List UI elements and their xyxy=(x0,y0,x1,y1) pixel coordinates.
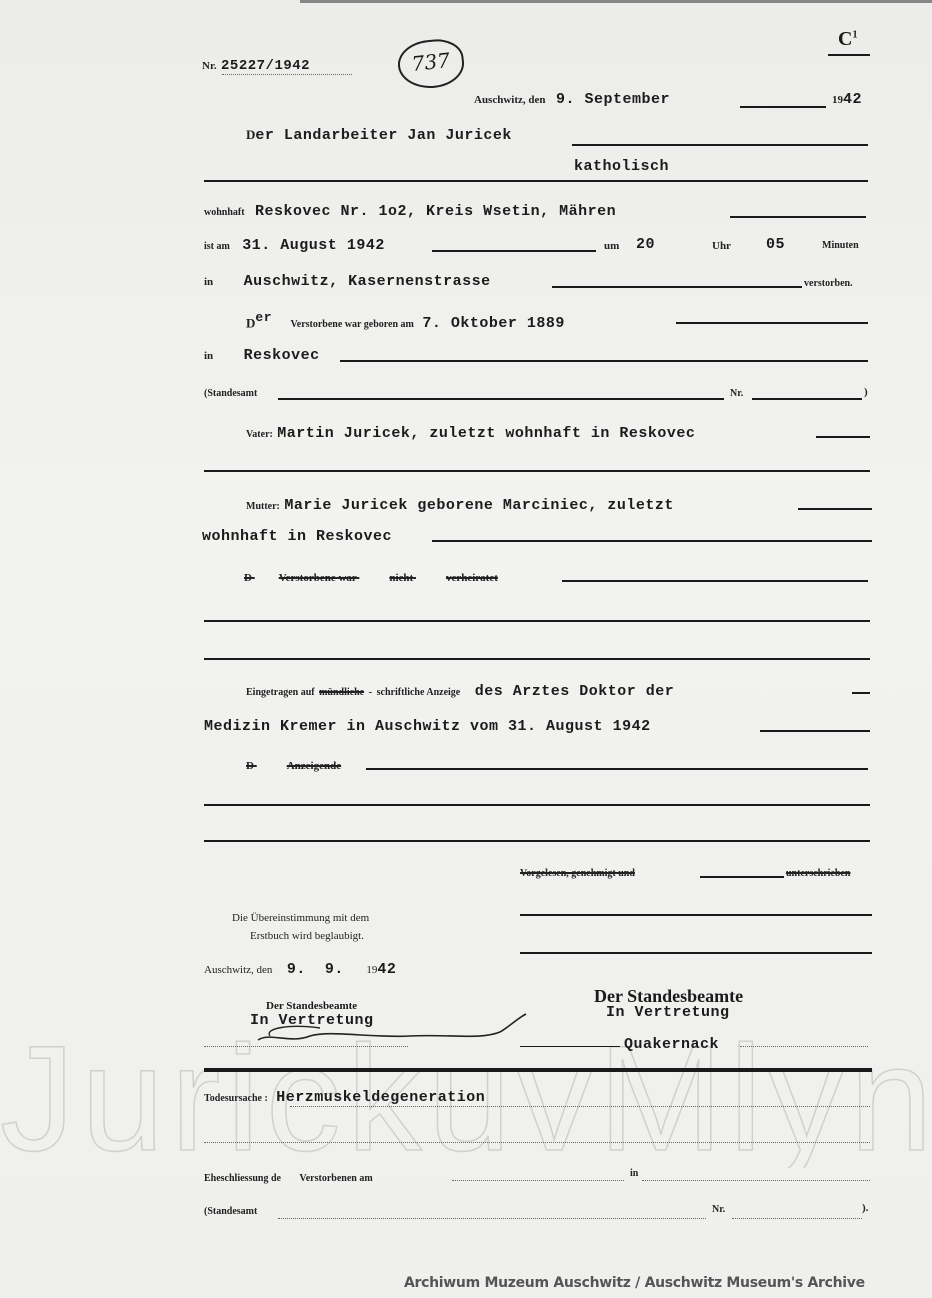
register-underline xyxy=(222,74,352,75)
marriage-nr-line xyxy=(732,1218,862,1219)
birth-registry-close: ) xyxy=(864,386,868,398)
right-signature-line xyxy=(520,1046,620,1047)
death-hour: 20 xyxy=(636,236,655,253)
marital-line xyxy=(562,580,868,582)
marriage-place-line xyxy=(642,1180,870,1181)
handwritten-number-circle: 737 xyxy=(396,37,467,92)
birth-registry-nr-label: Nr. xyxy=(730,388,743,399)
birth-info: Der Verstorbene war geboren am 7. Oktobe… xyxy=(246,310,565,332)
registrar-name: Quakernack xyxy=(624,1036,719,1053)
residence: wohnhaft Reskovec Nr. 1o2, Kreis Wsetin,… xyxy=(204,202,616,220)
marital-struck: D Verstorbene war nicht verheiratet xyxy=(244,572,498,584)
death-minutes: 05 xyxy=(766,236,785,253)
residence-line xyxy=(730,216,866,218)
cause-line-2 xyxy=(204,1142,870,1143)
marriage-registry-label: (Standesamt xyxy=(204,1206,257,1217)
section-divider xyxy=(204,1068,872,1072)
father-line-2 xyxy=(204,470,870,472)
certification-line-1: Die Übereinstimmung mit dem xyxy=(232,912,369,924)
certification-line-2: Erstbuch wird beglaubigt. xyxy=(250,930,364,942)
birth-registry-label: (Standesamt xyxy=(204,388,257,399)
marriage-in-label: in xyxy=(630,1168,638,1179)
mother-line-2: wohnhaft in Reskovec xyxy=(202,528,392,545)
reporter-line-2: Medizin Kremer in Auschwitz vom 31. Augu… xyxy=(204,718,651,735)
declarant-line-2 xyxy=(204,804,870,806)
cause-line xyxy=(290,1106,870,1107)
right-signature-dotted xyxy=(740,1046,868,1047)
mother-line xyxy=(798,508,872,510)
page-edge xyxy=(300,0,932,3)
death-place: in Auschwitz, Kasernenstrasse xyxy=(204,272,491,290)
birth-registry-nr-line xyxy=(752,398,862,400)
left-signature-line xyxy=(204,1046,408,1047)
marriage-date-line xyxy=(452,1180,624,1181)
document-date: Auschwitz, den 9. September xyxy=(474,90,670,108)
archive-credit: Archiwum Muzeum Auschwitz / Auschwitz Mu… xyxy=(404,1275,865,1291)
birth-place: in Reskovec xyxy=(204,346,320,364)
certification-date: Auschwitz, den 9. 9. 1942 xyxy=(204,960,396,978)
register-number: Nr. 25227/1942 xyxy=(202,56,310,74)
marriage-info: Eheschliessung de Verstorbenen am xyxy=(204,1168,373,1186)
form-code-underline xyxy=(828,54,870,56)
birth-place-line xyxy=(340,360,868,362)
document-year: 1942 xyxy=(832,90,862,108)
mother: Mutter: Marie Juricek geborene Marciniec… xyxy=(246,496,674,514)
signed-struck: unterschrieben xyxy=(786,868,850,879)
marriage-close: ). xyxy=(862,1202,868,1214)
registration: Eingetragen auf mündliche - schriftliche… xyxy=(246,682,674,700)
form-code: C1 xyxy=(838,28,857,51)
at-label: um xyxy=(604,240,619,252)
deceased-name: Der Landarbeiter Jan Juricek xyxy=(246,126,512,144)
reporter-line xyxy=(852,692,870,694)
handwritten-signature-icon xyxy=(250,1010,530,1050)
marriage-registry-line xyxy=(278,1218,706,1219)
minutes-label: Minuten xyxy=(822,240,859,251)
verification-struck: Vorgelesen, genehmigt und xyxy=(520,868,635,879)
document-page: JurickuvMlyn.cz C1 Nr. 25227/1942 737 Au… xyxy=(0,0,932,1298)
mother-underline-2 xyxy=(432,540,872,542)
marriage-nr-label: Nr. xyxy=(712,1204,725,1215)
birth-registry-line xyxy=(278,398,724,400)
declarant-line-3 xyxy=(204,840,870,842)
religion-line xyxy=(204,180,868,182)
date-line xyxy=(740,106,826,108)
declarant-struck: D Anzeigende xyxy=(246,760,341,772)
declarant-line xyxy=(366,768,868,770)
reporter-underline-2 xyxy=(760,730,870,732)
death-place-line xyxy=(552,286,802,288)
right-signature-sub: In Vertretung xyxy=(606,1004,730,1021)
hour-label: Uhr xyxy=(712,240,731,252)
marital-line-3 xyxy=(204,658,870,660)
marital-line-2 xyxy=(204,620,870,622)
birth-date-line xyxy=(676,322,868,324)
death-date-line xyxy=(432,250,596,252)
death-datetime: ist am 31. August 1942 xyxy=(204,236,385,254)
father: Vater: Martin Juricek, zuletzt wohnhaft … xyxy=(246,424,695,442)
religion: katholisch xyxy=(574,158,669,175)
cause-of-death: Todesursache : Herzmuskeldegeneration xyxy=(204,1088,485,1106)
signature-line-1 xyxy=(520,914,872,916)
signature-line-2 xyxy=(520,952,872,954)
name-line xyxy=(572,144,868,146)
died-label: verstorben. xyxy=(804,278,853,289)
verification-line xyxy=(700,876,784,878)
father-line xyxy=(816,436,870,438)
